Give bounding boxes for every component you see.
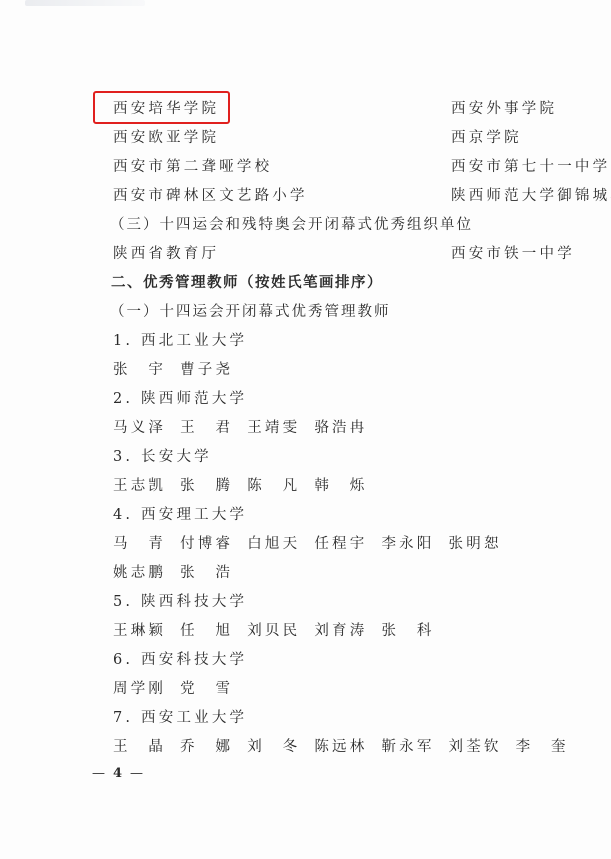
person-name: 刘贝民 bbox=[247, 621, 300, 641]
unit-name: 西安市铁一中学 bbox=[451, 244, 575, 264]
names-line: 周学刚党 雪 bbox=[113, 679, 247, 699]
names-line: 张 宇曹子尧 bbox=[113, 360, 247, 380]
person-name: 张 宇 bbox=[113, 360, 166, 380]
person-name: 党 雪 bbox=[180, 679, 233, 699]
person-name: 陈远林 bbox=[314, 737, 367, 757]
names-line: 王琳颖任 旭刘贝民刘育涛张 科 bbox=[113, 621, 449, 641]
names-line: 王志凯张 腾陈 凡韩 烁 bbox=[113, 476, 381, 496]
unit-name: 陕西省教育厅 bbox=[113, 246, 219, 262]
page-number: —4— bbox=[92, 766, 145, 781]
person-name: 付博睿 bbox=[180, 534, 233, 554]
names-line: 王 晶乔 娜刘 冬陈远林靳永军刘荃钦李 奎 bbox=[113, 737, 583, 757]
person-name: 靳永军 bbox=[381, 737, 434, 757]
person-name: 白旭天 bbox=[247, 534, 300, 554]
person-name: 李永阳 bbox=[381, 534, 434, 554]
names-line: 马义泽王 君王靖雯骆浩冉 bbox=[113, 418, 381, 438]
person-name: 马义泽 bbox=[113, 418, 166, 438]
unit-row: 陕西省教育厅 西安市铁一中学 bbox=[113, 244, 219, 264]
person-name: 刘荃钦 bbox=[449, 737, 502, 757]
person-name: 王志凯 bbox=[113, 476, 166, 496]
person-name: 王 君 bbox=[180, 418, 233, 438]
person-name: 曹子尧 bbox=[180, 360, 233, 380]
scan-artifact bbox=[25, 0, 145, 6]
section-heading: （三）十四运会和残特奥会开闭幕式优秀组织单位 bbox=[110, 215, 473, 235]
person-name: 周学刚 bbox=[113, 679, 166, 699]
person-name: 马 青 bbox=[113, 534, 166, 554]
unit-name: 西安市第七十一中学 bbox=[451, 157, 610, 177]
group-label: 3. 长安大学 bbox=[113, 447, 212, 467]
section-subtitle: （一）十四运会开闭幕式优秀管理教师 bbox=[110, 302, 391, 322]
group-label: 4. 西安理工大学 bbox=[113, 505, 247, 525]
person-name: 韩 烁 bbox=[314, 476, 367, 496]
highlight-box bbox=[93, 91, 230, 124]
person-name: 张明恕 bbox=[449, 534, 502, 554]
group-label: 2. 陕西师范大学 bbox=[113, 389, 247, 409]
person-name: 陈 凡 bbox=[247, 476, 300, 496]
person-name: 李 奎 bbox=[516, 737, 569, 757]
unit-row: 西安市碑林区文艺路小学 陕西师范大学御锦城小学 bbox=[113, 186, 308, 206]
person-name: 张 浩 bbox=[180, 563, 233, 583]
names-line: 姚志鹏张 浩 bbox=[113, 563, 247, 583]
person-name: 任 旭 bbox=[180, 621, 233, 641]
person-name: 任程宇 bbox=[314, 534, 367, 554]
person-name: 王 晶 bbox=[113, 737, 166, 757]
group-label: 1. 西北工业大学 bbox=[113, 331, 247, 351]
unit-row: 西安欧亚学院 西京学院 bbox=[113, 128, 219, 148]
person-name: 张 科 bbox=[381, 621, 434, 641]
page-number-value: 4 bbox=[113, 766, 124, 781]
dash-right: — bbox=[130, 766, 145, 781]
person-name: 刘 冬 bbox=[247, 737, 300, 757]
person-name: 王琳颖 bbox=[113, 621, 166, 641]
dash-left: — bbox=[92, 766, 107, 781]
group-label: 7. 西安工业大学 bbox=[113, 708, 247, 728]
unit-name: 西安外事学院 bbox=[451, 99, 557, 119]
names-line: 马 青付博睿白旭天任程宇李永阳张明恕 bbox=[113, 534, 516, 554]
section-title: 二、优秀管理教师（按姓氏笔画排序） bbox=[111, 273, 383, 293]
unit-name: 西安市第二聋哑学校 bbox=[113, 159, 272, 175]
unit-name: 西安市碑林区文艺路小学 bbox=[113, 188, 308, 204]
person-name: 王靖雯 bbox=[247, 418, 300, 438]
person-name: 张 腾 bbox=[180, 476, 233, 496]
unit-row: 西安市第二聋哑学校 西安市第七十一中学 bbox=[113, 157, 272, 177]
person-name: 骆浩冉 bbox=[314, 418, 367, 438]
group-label: 5. 陕西科技大学 bbox=[113, 592, 247, 612]
unit-name: 西京学院 bbox=[451, 128, 522, 148]
person-name: 乔 娜 bbox=[180, 737, 233, 757]
unit-name: 西安欧亚学院 bbox=[113, 130, 219, 146]
group-label: 6. 西安科技大学 bbox=[113, 650, 247, 670]
unit-name: 陕西师范大学御锦城小学 bbox=[451, 186, 611, 206]
person-name: 刘育涛 bbox=[314, 621, 367, 641]
person-name: 姚志鹏 bbox=[113, 563, 166, 583]
